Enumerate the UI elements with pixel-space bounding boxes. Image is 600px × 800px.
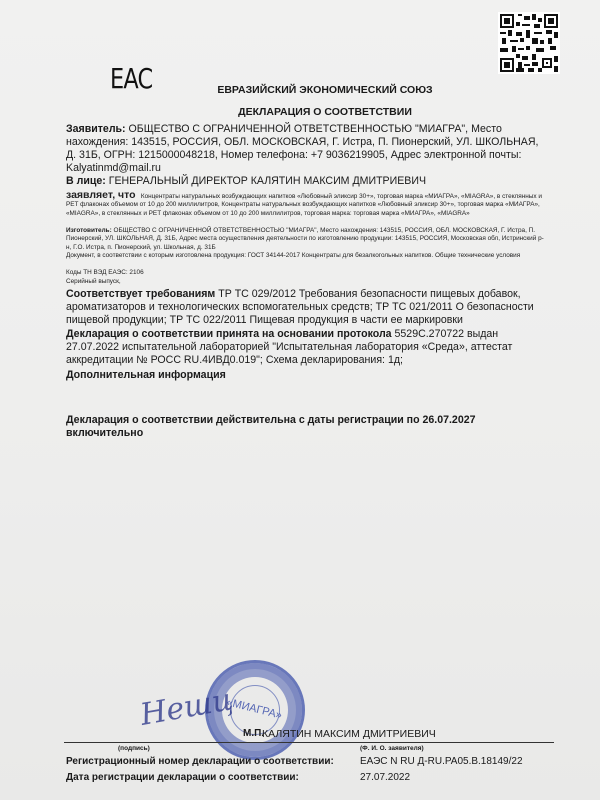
registration-number-label: Регистрационный номер декларации о соотв…	[66, 756, 334, 767]
name-caption: (Ф. И. О. заявителя)	[360, 745, 424, 752]
declares-text: Концентраты натуральных возбуждающих нап…	[66, 193, 542, 217]
represented-by-label: В лице:	[66, 175, 106, 187]
signer-name: КАЛЯТИН МАКСИМ ДМИТРИЕВИЧ	[262, 728, 436, 740]
registration-date-value: 27.07.2022	[360, 772, 410, 783]
signature-caption: (подпись)	[118, 745, 150, 752]
manufacturer-text: ОБЩЕСТВО С ОГРАНИЧЕННОЙ ОТВЕТСТВЕННОСТЬЮ…	[66, 227, 544, 251]
applicant-text: ОБЩЕСТВО С ОГРАНИЧЕННОЙ ОТВЕТСТВЕННОСТЬЮ…	[66, 123, 538, 174]
basis-section: Декларация о соответствии принята на осн…	[66, 328, 546, 367]
manufacturer-label: Изготовитель:	[66, 227, 112, 234]
standard-document: Документ, в соответствии с которым изгот…	[66, 252, 548, 260]
conforms-section: Соответствует требованиям ТР ТС 029/2012…	[66, 288, 546, 327]
represented-by-text: ГЕНЕРАЛЬНЫЙ ДИРЕКТОР КАЛЯТИН МАКСИМ ДМИТ…	[106, 175, 426, 187]
registration-number-value: ЕАЭС N RU Д-RU.PA05.B.18149/22	[360, 756, 523, 767]
stamp-place-label: М.П.	[243, 728, 264, 739]
validity-statement: Декларация о соответствии действительна …	[66, 414, 486, 440]
declares-label: заявляет, что	[66, 189, 136, 201]
basis-label: Декларация о соответствии принята на осн…	[66, 328, 392, 340]
signature-line	[64, 742, 554, 743]
conforms-label: Соответствует требованиям	[66, 288, 215, 300]
release-type: Серийный выпуск,	[66, 278, 548, 286]
registration-date-label: Дата регистрации декларации о соответств…	[66, 772, 299, 783]
declaration-page: EAC ЕВРАЗИЙСКИЙ ЭКОНОМИЧЕСКИЙ СОЮЗ ДЕКЛА…	[0, 0, 600, 800]
document-title: ДЕКЛАРАЦИЯ О СООТВЕТСТВИИ	[25, 106, 600, 118]
manufacturer-section: Изготовитель: ОБЩЕСТВО С ОГРАНИЧЕННОЙ ОТ…	[66, 227, 548, 252]
applicant-section: Заявитель: ОБЩЕСТВО С ОГРАНИЧЕННОЙ ОТВЕТ…	[66, 123, 546, 175]
applicant-label: Заявитель:	[66, 123, 126, 135]
represented-by-section: В лице: ГЕНЕРАЛЬНЫЙ ДИРЕКТОР КАЛЯТИН МАК…	[66, 175, 546, 188]
qr-code-icon	[498, 12, 560, 74]
tn-ved-codes: Коды ТН ВЭД ЕАЭС: 2106	[66, 269, 548, 277]
union-title: ЕВРАЗИЙСКИЙ ЭКОНОМИЧЕСКИЙ СОЮЗ	[25, 84, 600, 96]
declares-section: заявляет, что Концентраты натуральных во…	[66, 191, 548, 218]
additional-info-label: Дополнительная информация	[66, 369, 546, 382]
